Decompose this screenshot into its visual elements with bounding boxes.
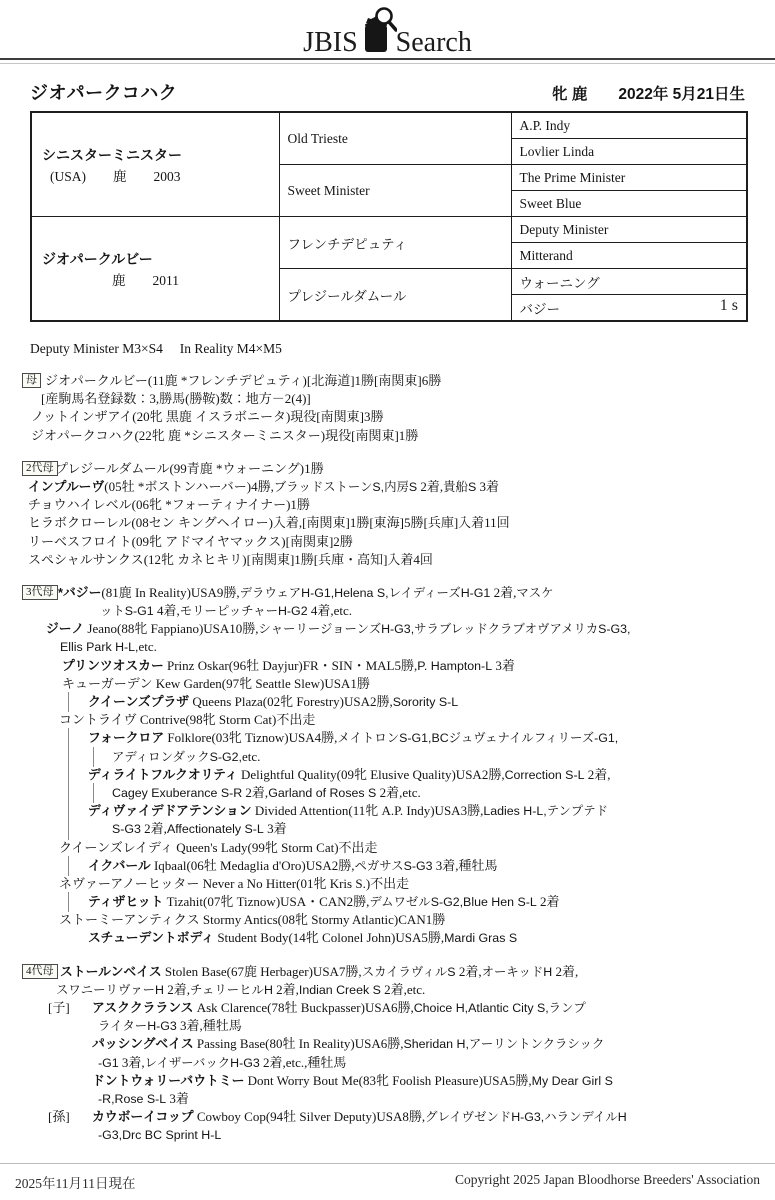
sire-detail: (USA) 鹿 2003: [40, 165, 279, 185]
tree-branch-line: [68, 783, 69, 803]
pedigree-line: スチューデントボディ Student Body(14牝 Colonel John…: [0, 929, 775, 947]
text-segment: チェリーヒルH: [190, 983, 273, 997]
horse-sex-coat-birthdate: 牝 鹿 2022年 5月21日生: [552, 82, 745, 104]
text-segment: 2着,: [584, 767, 610, 782]
text-segment: [産駒馬名登録数：3,勝馬(勝鞍)数：地方－2(4)]: [41, 391, 311, 406]
text-segment: 4着,: [154, 603, 180, 618]
text-segment: Cagey Exuberance S-R: [112, 786, 242, 800]
horse-magnifier-logo-icon: [357, 6, 397, 61]
text-segment: スペシャルサンクス(12牝 カネヒキリ)[南関東]1勝[兵庫・高知]入着4回: [28, 552, 433, 567]
text-segment: プリンツオスカー: [62, 658, 164, 673]
pedigree-line: ディヴァイデドアテンション Divided Attention(11牝 A.P.…: [0, 802, 775, 820]
text-segment: アスククラランス: [92, 1000, 193, 1015]
jbis-search-logo: JBIS Search: [0, 0, 775, 58]
pedigree-line: スワニーリヴァーH 2着,チェリーヒルH 2着,Indian Creek S 2…: [0, 981, 775, 999]
text-segment: 3着: [476, 479, 499, 494]
pedigree-line: リーベスフロイト(09牝 アドマイヤマックス)[南関東]2勝: [0, 533, 775, 551]
text-segment: Delightful Quality(09牝 Elusive Quality)U…: [238, 767, 505, 782]
pedigree-line: 3代母*バジー(81鹿 In Reality)USA9勝,デラウェアH-G1,H…: [0, 584, 775, 602]
text-segment: ストーミーアンティクス Stormy Antics(08牝 Stormy Atl…: [59, 912, 445, 927]
text-segment: ットS-G1: [100, 604, 154, 618]
generation-section: 4代母ストールンベイス Stolen Base(67鹿 Herbager)USA…: [0, 963, 775, 1145]
text-segment: チョウハイレベル(06牝 *フォーティナイナー)1勝: [28, 497, 310, 512]
horse-title-bar: ジオパークコハク 牝 鹿 2022年 5月21日生: [30, 79, 745, 105]
pedigree-table: シニスターミニスター (USA) 鹿 2003 Old Trieste A.P.…: [30, 111, 748, 322]
text-segment: 2着: [537, 894, 560, 909]
dam-detail: 鹿 2011: [40, 269, 279, 289]
text-segment: レイザーバックH-G3: [145, 1056, 260, 1070]
pedigree-line: クイーンズレイディ Queen's Lady(99牝 Storm Cat)不出走: [0, 839, 775, 857]
tree-branch-line: [68, 856, 69, 876]
text-segment: Student Body(14牝 Colonel John)USA5勝,: [214, 930, 444, 945]
text-segment: Cowboy Cop(94牡 Silver Deputy)USA8勝,: [194, 1109, 425, 1124]
table-row: ジオパークルビー 鹿 2011 フレンチデピュティ Deputy Ministe…: [31, 217, 747, 243]
pedigree-line: 4代母ストールンベイス Stolen Base(67鹿 Herbager)USA…: [0, 963, 775, 981]
ancestor-cell: ウォーニング: [511, 269, 747, 295]
text-segment: -G1: [98, 1056, 119, 1070]
ancestor-name: バジー: [520, 302, 561, 317]
text-segment: スワニーリヴァーH: [56, 983, 164, 997]
text-segment: Folklore(03牝 Tiznow)USA4勝,: [164, 730, 337, 745]
pedigree-line: アディロンダックS-G2,etc.: [0, 748, 775, 766]
pedigree-line: S-G3 2着,Affectionately S-L 3着: [0, 820, 775, 838]
text-segment: ブラッドストーンS,内房S: [274, 480, 417, 494]
pedigree-line: コントライヴ Contrive(98牝 Storm Cat)不出走: [0, 711, 775, 729]
text-segment: Mardi Gras S: [444, 931, 517, 945]
pedigree-line: -R,Rose S-L 3着: [0, 1090, 775, 1108]
text-segment: 2着,: [164, 982, 190, 997]
text-segment: ドントウォリーバウトミー: [92, 1073, 244, 1088]
generation-section: 母ジオパークルビー(11鹿 *フレンチデピュティ)[北海道]1勝[南関東]6勝[…: [0, 372, 775, 445]
pedigree-line: Cagey Exuberance S-R 2着,Garland of Roses…: [0, 784, 775, 802]
pedigree-line: -G3,Drc BC Sprint H-L: [0, 1126, 775, 1144]
generation-label: 母: [22, 373, 41, 388]
text-segment: スカイラヴィルS: [362, 965, 456, 979]
pedigree-line: ジオパークコハク(22牝 鹿 *シニスターミニスター)現役[南関東]1勝: [0, 427, 775, 445]
text-segment: キューガーデン Kew Garden(97牝 Seattle Slew)USA1…: [62, 676, 370, 691]
text-segment: Garland of Roses S: [268, 786, 376, 800]
pedigree-line: チョウハイレベル(06牝 *フォーティナイナー)1勝: [0, 496, 775, 514]
text-segment: 4着,etc.: [308, 603, 352, 618]
pedigree-line: ディライトフルクオリティ Delightful Quality(09牝 Elus…: [0, 766, 775, 784]
text-segment: ディライトフルクオリティ: [88, 767, 238, 782]
pedigree-line: [子]アスククラランス Ask Clarence(78牡 Buckpasser)…: [0, 999, 775, 1017]
text-segment: 2着,etc.,種牡馬: [260, 1055, 347, 1070]
generation-label: 2代母: [22, 461, 58, 476]
generation-label: 4代母: [22, 964, 58, 979]
text-segment: メイトロンS-G1,BCジュヴェナイルフィリーズ-G1,: [337, 731, 618, 745]
text-segment: デムワゼルS-G2,Blue Hen S-L: [369, 895, 536, 909]
text-segment: プレジールダムール(99青鹿 *ウォーニング)1勝: [55, 461, 324, 476]
pedigree-line: パッシングベイス Passing Base(80牡 In Reality)USA…: [0, 1035, 775, 1053]
text-segment: -R,Rose S-L: [98, 1092, 166, 1106]
pedigree-line: キューガーデン Kew Garden(97牝 Seattle Slew)USA1…: [0, 675, 775, 693]
text-segment: 3着,: [119, 1055, 145, 1070]
tree-branch-line: [68, 892, 69, 912]
text-segment: etc.: [242, 749, 260, 764]
text-segment: Sheridan H,アーリントンクラシック: [403, 1037, 604, 1051]
text-segment: Ladies H-L,テンプテド: [483, 804, 608, 818]
pedigree-line: ネヴァーアノーヒッター Never a No Hitter(01牝 Kris S…: [0, 875, 775, 893]
text-segment: 2着,: [456, 964, 482, 979]
text-segment: デラウェアH-G1,Helena S,レイディーズH-G1: [240, 586, 491, 600]
text-segment: イクバール: [88, 858, 151, 873]
produce-record: 母ジオパークルビー(11鹿 *フレンチデピュティ)[北海道]1勝[南関東]6勝[…: [0, 372, 775, 1145]
sire-name: シニスターミニスター: [40, 145, 279, 165]
text-segment: Dont Worry Bout Me(83牝 Foolish Pleasure)…: [244, 1073, 531, 1088]
text-segment: -G3,Drc BC Sprint H-L: [98, 1128, 221, 1142]
pedigree-line: ノットインザアイ(20牝 黒鹿 イスラボニータ)現役[南関東]3勝: [0, 408, 775, 426]
ancestor-cell: バジー 1 s: [511, 295, 747, 322]
generation-section: 3代母*バジー(81鹿 In Reality)USA9勝,デラウェアH-G1,H…: [0, 584, 775, 948]
text-segment: カウボーイコップ: [92, 1109, 194, 1124]
pedigree-line: クイーンズプラザ Queens Plaza(02牝 Forestry)USA2勝…: [0, 693, 775, 711]
logo-text-search: Search: [396, 28, 472, 58]
text-segment: Choice H,Atlantic City S,ランプ: [414, 1001, 586, 1015]
text-segment: ストールンベイス: [60, 964, 162, 979]
text-segment: 貴船S: [443, 480, 476, 494]
text-segment: Iqbaal(06牡 Medaglia d'Oro)USA2勝,: [151, 858, 355, 873]
table-row: シニスターミニスター (USA) 鹿 2003 Old Trieste A.P.…: [31, 112, 747, 139]
tree-branch-line: [68, 747, 69, 767]
text-segment: Divided Attention(11牝 A.P. Indy)USA3勝,: [252, 803, 484, 818]
pedigree-line: ヒラボクローレル(08セン キングヘイロー)入着,[南関東]1勝[東海]5勝[兵…: [0, 514, 775, 532]
dam-cell: ジオパークルビー 鹿 2011: [31, 217, 279, 322]
tree-branch-line: [68, 765, 69, 785]
text-segment: S-G3: [112, 822, 141, 836]
text-segment: ライターH-G3: [98, 1019, 177, 1033]
text-segment: Indian Creek S: [299, 983, 381, 997]
stray-mark: 1 s: [720, 297, 738, 315]
text-segment: 3着,種牡馬: [433, 858, 498, 873]
inbreeding-note: Deputy Minister M3×S4 In Reality M4×M5: [30, 337, 775, 357]
pedigree-line: ライターH-G3 3着,種牡馬: [0, 1017, 775, 1035]
ancestor-cell: Mitterand: [511, 243, 747, 269]
tree-branch-line: [68, 728, 69, 748]
horse-name: ジオパークコハク: [30, 79, 177, 105]
sire-sire-cell: Old Trieste: [279, 112, 511, 165]
text-segment: 3着,種牡馬: [177, 1018, 242, 1033]
pedigree-line: -G1 3着,レイザーバックH-G3 2着,etc.,種牡馬: [0, 1054, 775, 1072]
text-segment: Jeano(88牝 Fappiano)USA10勝,: [84, 621, 258, 636]
ancestor-cell: Sweet Blue: [511, 191, 747, 217]
pedigree-line: 母ジオパークルビー(11鹿 *フレンチデピュティ)[北海道]1勝[南関東]6勝: [0, 372, 775, 390]
text-segment: etc.: [139, 639, 157, 654]
pedigree-line: ストーミーアンティクス Stormy Antics(08牝 Stormy Atl…: [0, 911, 775, 929]
text-segment: Tizahit(07牝 Tiznow)USA・CAN2勝,: [163, 894, 369, 909]
pedigree-line: ティザヒット Tizahit(07牝 Tiznow)USA・CAN2勝,デムワゼ…: [0, 893, 775, 911]
pedigree-line: [孫]カウボーイコップ Cowboy Cop(94牡 Silver Deputy…: [0, 1108, 775, 1126]
copyright-notice: Copyright 2025 Japan Bloodhorse Breeders…: [455, 1172, 760, 1192]
text-segment: 2着,etc.: [381, 982, 425, 997]
text-segment: Affectionately S-L: [167, 822, 264, 836]
text-segment: スチューデントボディ: [88, 930, 214, 945]
text-segment: ジオパークルビー(11鹿 *フレンチデピュティ)[北海道]1勝[南関東]6勝: [45, 373, 441, 388]
tree-branch-line: [68, 692, 69, 712]
ancestor-cell: The Prime Minister: [511, 165, 747, 191]
dam-sire-cell: フレンチデピュティ: [279, 217, 511, 269]
relation-label: [子]: [48, 999, 70, 1017]
as-of-date: 2025年11月11日現在: [15, 1172, 136, 1192]
text-segment: ジオパークコハク(22牝 鹿 *シニスターミニスター)現役[南関東]1勝: [31, 428, 418, 443]
text-segment: アディロンダックS-G2,: [112, 750, 242, 764]
text-segment: 2着,: [242, 785, 268, 800]
text-segment: リーベスフロイト(09牝 アドマイヤマックス)[南関東]2勝: [28, 534, 353, 549]
pedigree-line: イクバール Iqbaal(06牡 Medaglia d'Oro)USA2勝,ペガ…: [0, 857, 775, 875]
text-segment: Ellis Park H-L,: [60, 640, 139, 654]
text-segment: Ask Clarence(78牡 Buckpasser)USA6勝,: [193, 1000, 413, 1015]
text-segment: 2着,: [490, 585, 516, 600]
generation-section: 2代母プレジールダムール(99青鹿 *ウォーニング)1勝インプルーヴ(05牡 *…: [0, 460, 775, 569]
text-segment: クイーンズプラザ: [88, 694, 189, 709]
text-segment: クイーンズレイディ Queen's Lady(99牝 Storm Cat)不出走: [59, 840, 378, 855]
ancestor-cell: Lovlier Linda: [511, 139, 747, 165]
text-segment: ノットインザアイ(20牝 黒鹿 イスラボニータ)現役[南関東]3勝: [31, 409, 383, 424]
text-segment: ペガサスS-G3: [355, 859, 433, 873]
sire-cell: シニスターミニスター (USA) 鹿 2003: [31, 112, 279, 217]
text-segment: ジーノ: [46, 621, 84, 636]
dam-name: ジオパークルビー: [40, 249, 279, 269]
pedigree-line: スペシャルサンクス(12牝 カネヒキリ)[南関東]1勝[兵庫・高知]入着4回: [0, 551, 775, 569]
text-segment: 3着: [264, 821, 287, 836]
text-segment: ティザヒット: [88, 894, 163, 909]
tree-branch-line: [93, 783, 94, 803]
text-segment: モリーピッチャーH-G2: [180, 604, 308, 618]
text-segment: フォークロア: [88, 730, 164, 745]
text-segment: コントライヴ Contrive(98牝 Storm Cat)不出走: [59, 712, 315, 727]
footer-divider: [0, 1163, 775, 1164]
text-segment: シャーリージョーンズH-G3,サラブレッドクラブオヴアメリカS-G3,: [259, 622, 631, 636]
footer: 2025年11月11日現在 Copyright 2025 Japan Blood…: [15, 1172, 760, 1192]
text-segment: (81鹿 In Reality)USA9勝,: [101, 585, 239, 600]
sire-dam-cell: Sweet Minister: [279, 165, 511, 217]
generation-label: 3代母: [22, 585, 58, 600]
pedigree-line: プリンツオスカー Prinz Oskar(96牡 Dayjur)FR・SIN・M…: [0, 657, 775, 675]
text-segment: P. Hampton-L: [417, 659, 492, 673]
pedigree-line: ドントウォリーバウトミー Dont Worry Bout Me(83牝 Fool…: [0, 1072, 775, 1090]
text-segment: 3着: [492, 658, 515, 673]
text-segment: Stolen Base(67鹿 Herbager)USA7勝,: [162, 964, 362, 979]
logo-text-jbis: JBIS: [303, 28, 357, 58]
text-segment: 2着,: [141, 821, 167, 836]
tree-branch-line: [93, 747, 94, 767]
text-segment: グレイヴゼンドH-G3,ハランデイルH: [425, 1110, 627, 1124]
text-segment: 3着: [166, 1091, 189, 1106]
pedigree-line: フォークロア Folklore(03牝 Tiznow)USA4勝,メイトロンS-…: [0, 729, 775, 747]
text-segment: ネヴァーアノーヒッター Never a No Hitter(01牝 Kris S…: [59, 876, 409, 891]
pedigree-line: [産駒馬名登録数：3,勝馬(勝鞍)数：地方－2(4)]: [0, 390, 775, 408]
text-segment: マスケ: [516, 586, 553, 600]
pedigree-line: 2代母プレジールダムール(99青鹿 *ウォーニング)1勝: [0, 460, 775, 478]
text-segment: Correction S-L: [505, 768, 585, 782]
ancestor-cell: A.P. Indy: [511, 112, 747, 139]
pedigree-line: ットS-G1 4着,モリーピッチャーH-G2 4着,etc.: [0, 602, 775, 620]
pedigree-line: インプルーヴ(05牡 *ボストンハーバー)4勝,ブラッドストーンS,内房S 2着…: [0, 478, 775, 496]
text-segment: Passing Base(80牡 In Reality)USA6勝,: [194, 1036, 404, 1051]
text-segment: Sorority S-L: [393, 695, 458, 709]
relation-label: [孫]: [48, 1108, 70, 1126]
tree-branch-line: [68, 801, 69, 821]
text-segment: Queens Plaza(02牝 Forestry)USA2勝,: [189, 694, 393, 709]
text-segment: インプルーヴ: [28, 479, 104, 494]
text-segment: *バジー: [58, 585, 101, 600]
pedigree-line: ジーノ Jeano(88牝 Fappiano)USA10勝,シャーリージョーンズ…: [0, 620, 775, 638]
text-segment: Prinz Oskar(96牡 Dayjur)FR・SIN・MAL5勝,: [164, 658, 417, 673]
text-segment: 2着,: [552, 964, 578, 979]
pedigree-line: Ellis Park H-L,etc.: [0, 638, 775, 656]
pedigree-report-page: { "header": {"logo_left": "JBIS", "logo_…: [0, 0, 775, 1200]
text-segment: 2着,etc.: [376, 785, 420, 800]
text-segment: ディヴァイデドアテンション: [88, 803, 252, 818]
text-segment: パッシングベイス: [92, 1036, 194, 1051]
text-segment: (05牡 *ボストンハーバー)4勝,: [104, 479, 274, 494]
tree-branch-line: [68, 819, 69, 839]
text-segment: オーキッドH: [482, 965, 553, 979]
dam-dam-cell: プレジールダムール: [279, 269, 511, 322]
text-segment: My Dear Girl S: [532, 1074, 613, 1088]
text-segment: 2着,: [417, 479, 443, 494]
text-segment: 2着,: [273, 982, 299, 997]
ancestor-cell: Deputy Minister: [511, 217, 747, 243]
text-segment: ヒラボクローレル(08セン キングヘイロー)入着,[南関東]1勝[東海]5勝[兵…: [28, 515, 510, 530]
